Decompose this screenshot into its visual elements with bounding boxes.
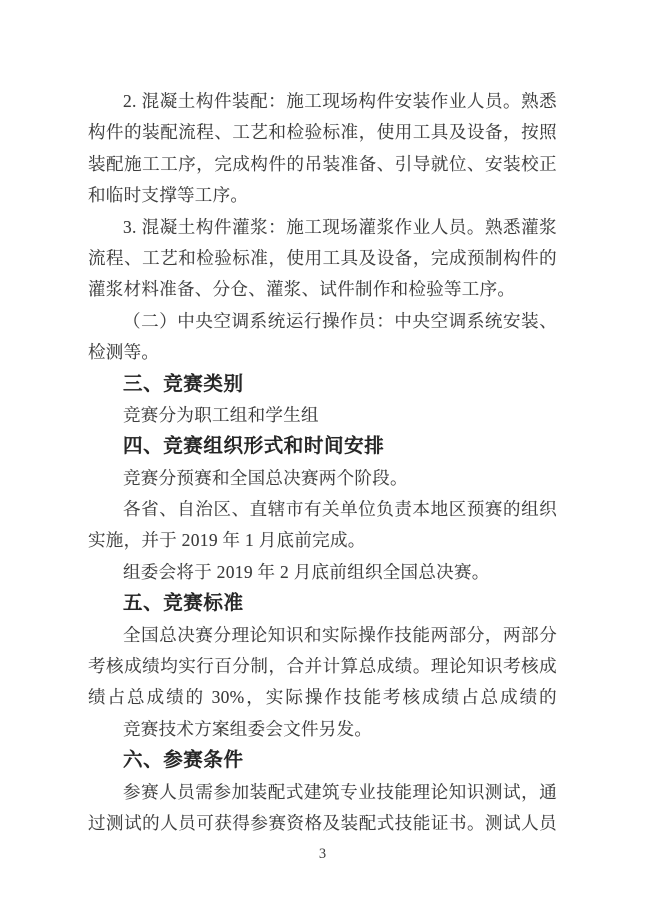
text-line: 3. 混凝土构件灌浆：施工现场灌浆作业人员。熟悉灌浆 [88, 212, 557, 243]
page-number: 3 [88, 846, 557, 863]
paragraph: 全国总决赛分理论知识和实际操作技能两部分，两部分 考核成绩均实行百分制，合并计算… [88, 620, 557, 714]
text-line: 全国总决赛分理论知识和实际操作技能两部分，两部分 [88, 620, 557, 651]
text-line: 装配施工工序，完成构件的吊装准备、引导就位、安装校正 [88, 149, 557, 180]
section-heading-text: 四、竞赛组织形式和时间安排 [88, 431, 557, 462]
section-heading-text: 五、竞赛标准 [88, 588, 557, 619]
text-line: 灌浆材料准备、分仓、灌浆、试件制作和检验等工序。 [88, 274, 557, 305]
text-line: 实施，并于 2019 年 1 月底前完成。 [88, 525, 557, 556]
paragraph: 3. 混凝土构件灌浆：施工现场灌浆作业人员。熟悉灌浆 流程、工艺和检验标准，使用… [88, 212, 557, 306]
section-heading: 三、竞赛类别 [88, 369, 557, 400]
text-line: 检测等。 [88, 337, 557, 368]
section-heading-text: 六、参赛条件 [88, 745, 557, 776]
text-line: 各省、自治区、直辖市有关单位负责本地区预赛的组织 [88, 494, 557, 525]
section-heading: 六、参赛条件 [88, 745, 557, 776]
paragraph: 竞赛分预赛和全国总决赛两个阶段。 [88, 463, 557, 494]
section-heading: 四、竞赛组织形式和时间安排 [88, 431, 557, 462]
text-line: 和临时支撑等工序。 [88, 180, 557, 211]
document-page: 2. 混凝土构件装配：施工现场构件安装作业人员。熟悉 构件的装配流程、工艺和检验… [0, 0, 650, 919]
paragraph: 参赛人员需参加装配式建筑专业技能理论知识测试，通 过测试的人员可获得参赛资格及装… [88, 777, 557, 840]
text-line: 竞赛分预赛和全国总决赛两个阶段。 [88, 463, 557, 494]
text-line: 过测试的人员可获得参赛资格及装配式技能证书。测试人员 [88, 808, 557, 839]
paragraph: 竞赛分为职工组和学生组 [88, 400, 557, 431]
paragraph: （二）中央空调系统运行操作员：中央空调系统安装、 检测等。 [88, 306, 557, 369]
text-line: 2. 混凝土构件装配：施工现场构件安装作业人员。熟悉 [88, 86, 557, 117]
paragraph: 竞赛技术方案组委会文件另发。 [88, 714, 557, 745]
paragraph: 各省、自治区、直辖市有关单位负责本地区预赛的组织 实施，并于 2019 年 1 … [88, 494, 557, 557]
text-line: 绩占总成绩的 30%，实际操作技能考核成绩占总成绩的 70%。 [88, 682, 557, 713]
text-line: 组委会将于 2019 年 2 月底前组织全国总决赛。 [88, 557, 557, 588]
text-line: 竞赛分为职工组和学生组 [88, 400, 557, 431]
section-heading: 五、竞赛标准 [88, 588, 557, 619]
document-body: 2. 混凝土构件装配：施工现场构件安装作业人员。熟悉 构件的装配流程、工艺和检验… [88, 86, 557, 839]
section-heading-text: 三、竞赛类别 [88, 369, 557, 400]
text-line: 竞赛技术方案组委会文件另发。 [88, 714, 557, 745]
text-line: 构件的装配流程、工艺和检验标准，使用工具及设备，按照 [88, 117, 557, 148]
text-line: 考核成绩均实行百分制，合并计算总成绩。理论知识考核成 [88, 651, 557, 682]
text-line: 流程、工艺和检验标准，使用工具及设备，完成预制构件的 [88, 243, 557, 274]
text-line: （二）中央空调系统运行操作员：中央空调系统安装、 [88, 306, 557, 337]
paragraph: 组委会将于 2019 年 2 月底前组织全国总决赛。 [88, 557, 557, 588]
paragraph: 2. 混凝土构件装配：施工现场构件安装作业人员。熟悉 构件的装配流程、工艺和检验… [88, 86, 557, 212]
text-line: 参赛人员需参加装配式建筑专业技能理论知识测试，通 [88, 777, 557, 808]
